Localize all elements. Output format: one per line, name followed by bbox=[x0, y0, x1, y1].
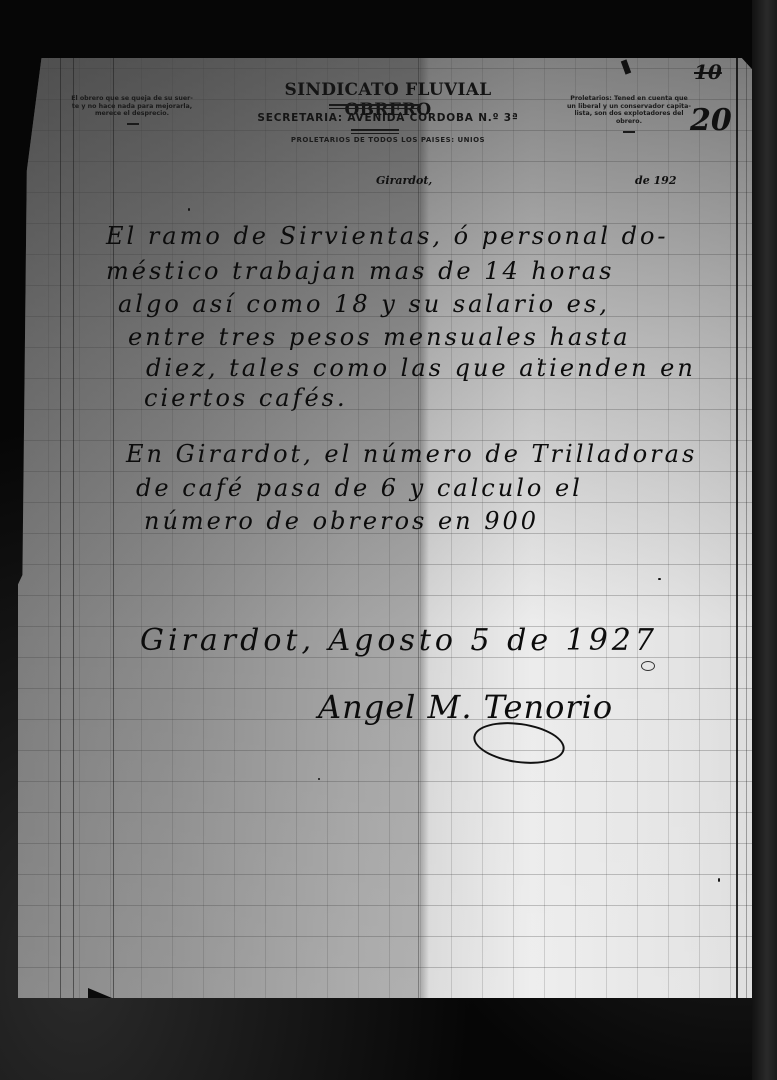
scan-speck bbox=[188, 208, 190, 211]
margin-line bbox=[60, 58, 61, 998]
letterhead-address: SECRETARIA: AVENIDA CORDOBA N.º 3ª bbox=[213, 112, 563, 124]
handwritten-line: de café pasa de 6 y calculo el bbox=[136, 474, 583, 502]
page-number: 20 bbox=[690, 103, 732, 138]
letter-sheet: El obrero que se queja de su suer- te y … bbox=[18, 58, 752, 998]
handwritten-line: entre tres pesos mensuales hasta bbox=[128, 323, 631, 351]
letterhead-right-quote: Proletarios: Tened en cuenta que un libe… bbox=[548, 95, 710, 125]
letterhead-motto: PROLETARIOS DE TODOS LOS PAISES: UNIOS bbox=[248, 136, 528, 144]
margin-line bbox=[736, 58, 738, 998]
ornament-dash bbox=[127, 123, 139, 125]
margin-line bbox=[73, 58, 74, 998]
handwritten-line: El ramo de Sirvientas, ó personal do- bbox=[106, 222, 669, 250]
page-number-crossed-out: 10 bbox=[694, 60, 722, 84]
signature: Angel M. Tenorio bbox=[318, 688, 613, 726]
margin-line bbox=[746, 58, 747, 998]
letterhead: El obrero que se queja de su suer- te y … bbox=[18, 58, 752, 158]
handwritten-line: En Girardot, el número de Trilladoras bbox=[126, 440, 697, 468]
closing-place-date: Girardot, Agosto 5 de 1927 bbox=[140, 623, 658, 658]
circle-mark bbox=[641, 661, 655, 671]
handwritten-line: número de obreros en 900 bbox=[144, 507, 539, 535]
handwritten-line: méstico trabajan mas de 14 horas bbox=[106, 257, 614, 285]
letterhead-place: Girardot, bbox=[376, 174, 432, 187]
scan-speck bbox=[658, 578, 661, 580]
scan-speck bbox=[318, 778, 320, 780]
handwritten-line: algo así como 18 y su salario es, bbox=[118, 290, 610, 318]
scan-edge-strip bbox=[752, 0, 777, 1080]
title-rule bbox=[329, 108, 421, 109]
address-rule bbox=[351, 133, 399, 134]
ornament-dash bbox=[623, 131, 635, 133]
handwritten-line: diez, tales como las que atienden en bbox=[146, 354, 696, 382]
address-rule bbox=[351, 129, 399, 131]
letterhead-date-suffix: de 192 bbox=[635, 174, 676, 187]
scan-speck bbox=[718, 878, 720, 882]
title-rule bbox=[329, 104, 421, 106]
folded-corner bbox=[88, 988, 112, 998]
margin-line bbox=[113, 58, 114, 998]
letterhead-left-quote: El obrero que se queja de su suer- te y … bbox=[66, 95, 198, 118]
handwritten-line: ciertos cafés. bbox=[144, 384, 348, 412]
